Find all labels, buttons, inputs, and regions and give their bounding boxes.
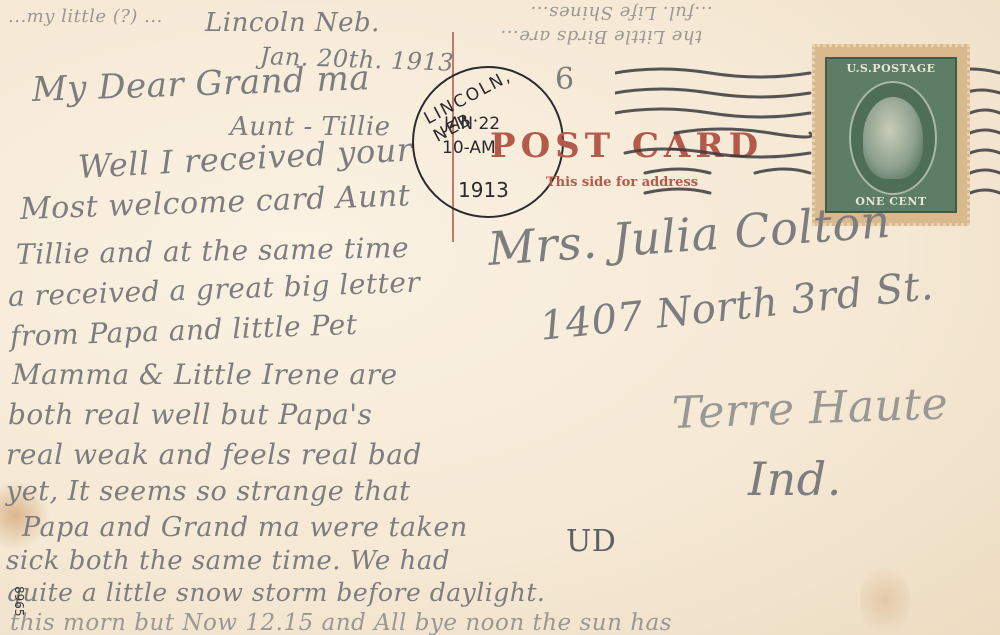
- paper-stain: [860, 560, 910, 635]
- stamp-top-text: U.S.POSTAGE: [827, 62, 955, 75]
- annotation-initials: UD: [566, 524, 616, 559]
- message-line: a received a great big letter: [7, 266, 420, 313]
- message-line: Well I received your: [77, 130, 413, 185]
- recipient-street: 1407 North 3rd St.: [538, 263, 936, 350]
- message-line: quite a little snow storm before dayligh…: [6, 578, 545, 607]
- message-line: yet, It seems so strange that: [6, 476, 411, 507]
- recipient-city: Terre Haute: [671, 378, 949, 439]
- postmark-year: 1913: [458, 178, 509, 202]
- stamp-design: U.S.POSTAGE ONE CENT: [825, 57, 957, 213]
- message-line: Tillie and at the same time: [16, 231, 410, 271]
- message-place: Lincoln Neb.: [205, 8, 380, 38]
- salutation-line-1: My Dear Grand ma: [31, 58, 370, 110]
- postmark-time: 10-AM: [442, 138, 496, 158]
- stamp-portrait-frame: [849, 81, 937, 195]
- message-line: sick both the same time. We had: [6, 546, 450, 576]
- message-line: Papa and Grand ma were taken: [22, 512, 468, 543]
- message-line: from Papa and little Pet: [9, 308, 358, 353]
- upside-down-text-line: ...ful. Life Shines...: [530, 2, 713, 23]
- marginal-note: 6: [555, 62, 575, 97]
- postcard-back: ...ful. Life Shines... the Little Birds …: [0, 0, 1000, 635]
- printed-serial-number: 8965: [12, 586, 26, 617]
- message-line: both real well but Papa's: [8, 398, 372, 431]
- message-line: this morn but Now 12.15 and All bye noon…: [10, 610, 672, 635]
- message-line: real weak and feels real bad: [6, 438, 422, 471]
- franklin-portrait-icon: [863, 97, 923, 179]
- top-left-overflow-text: ...my little (?) ...: [8, 6, 163, 27]
- recipient-state: Ind.: [748, 452, 842, 506]
- message-line: Mamma & Little Irene are: [12, 358, 398, 391]
- upside-down-text-line: the Little Birds are...: [500, 26, 702, 47]
